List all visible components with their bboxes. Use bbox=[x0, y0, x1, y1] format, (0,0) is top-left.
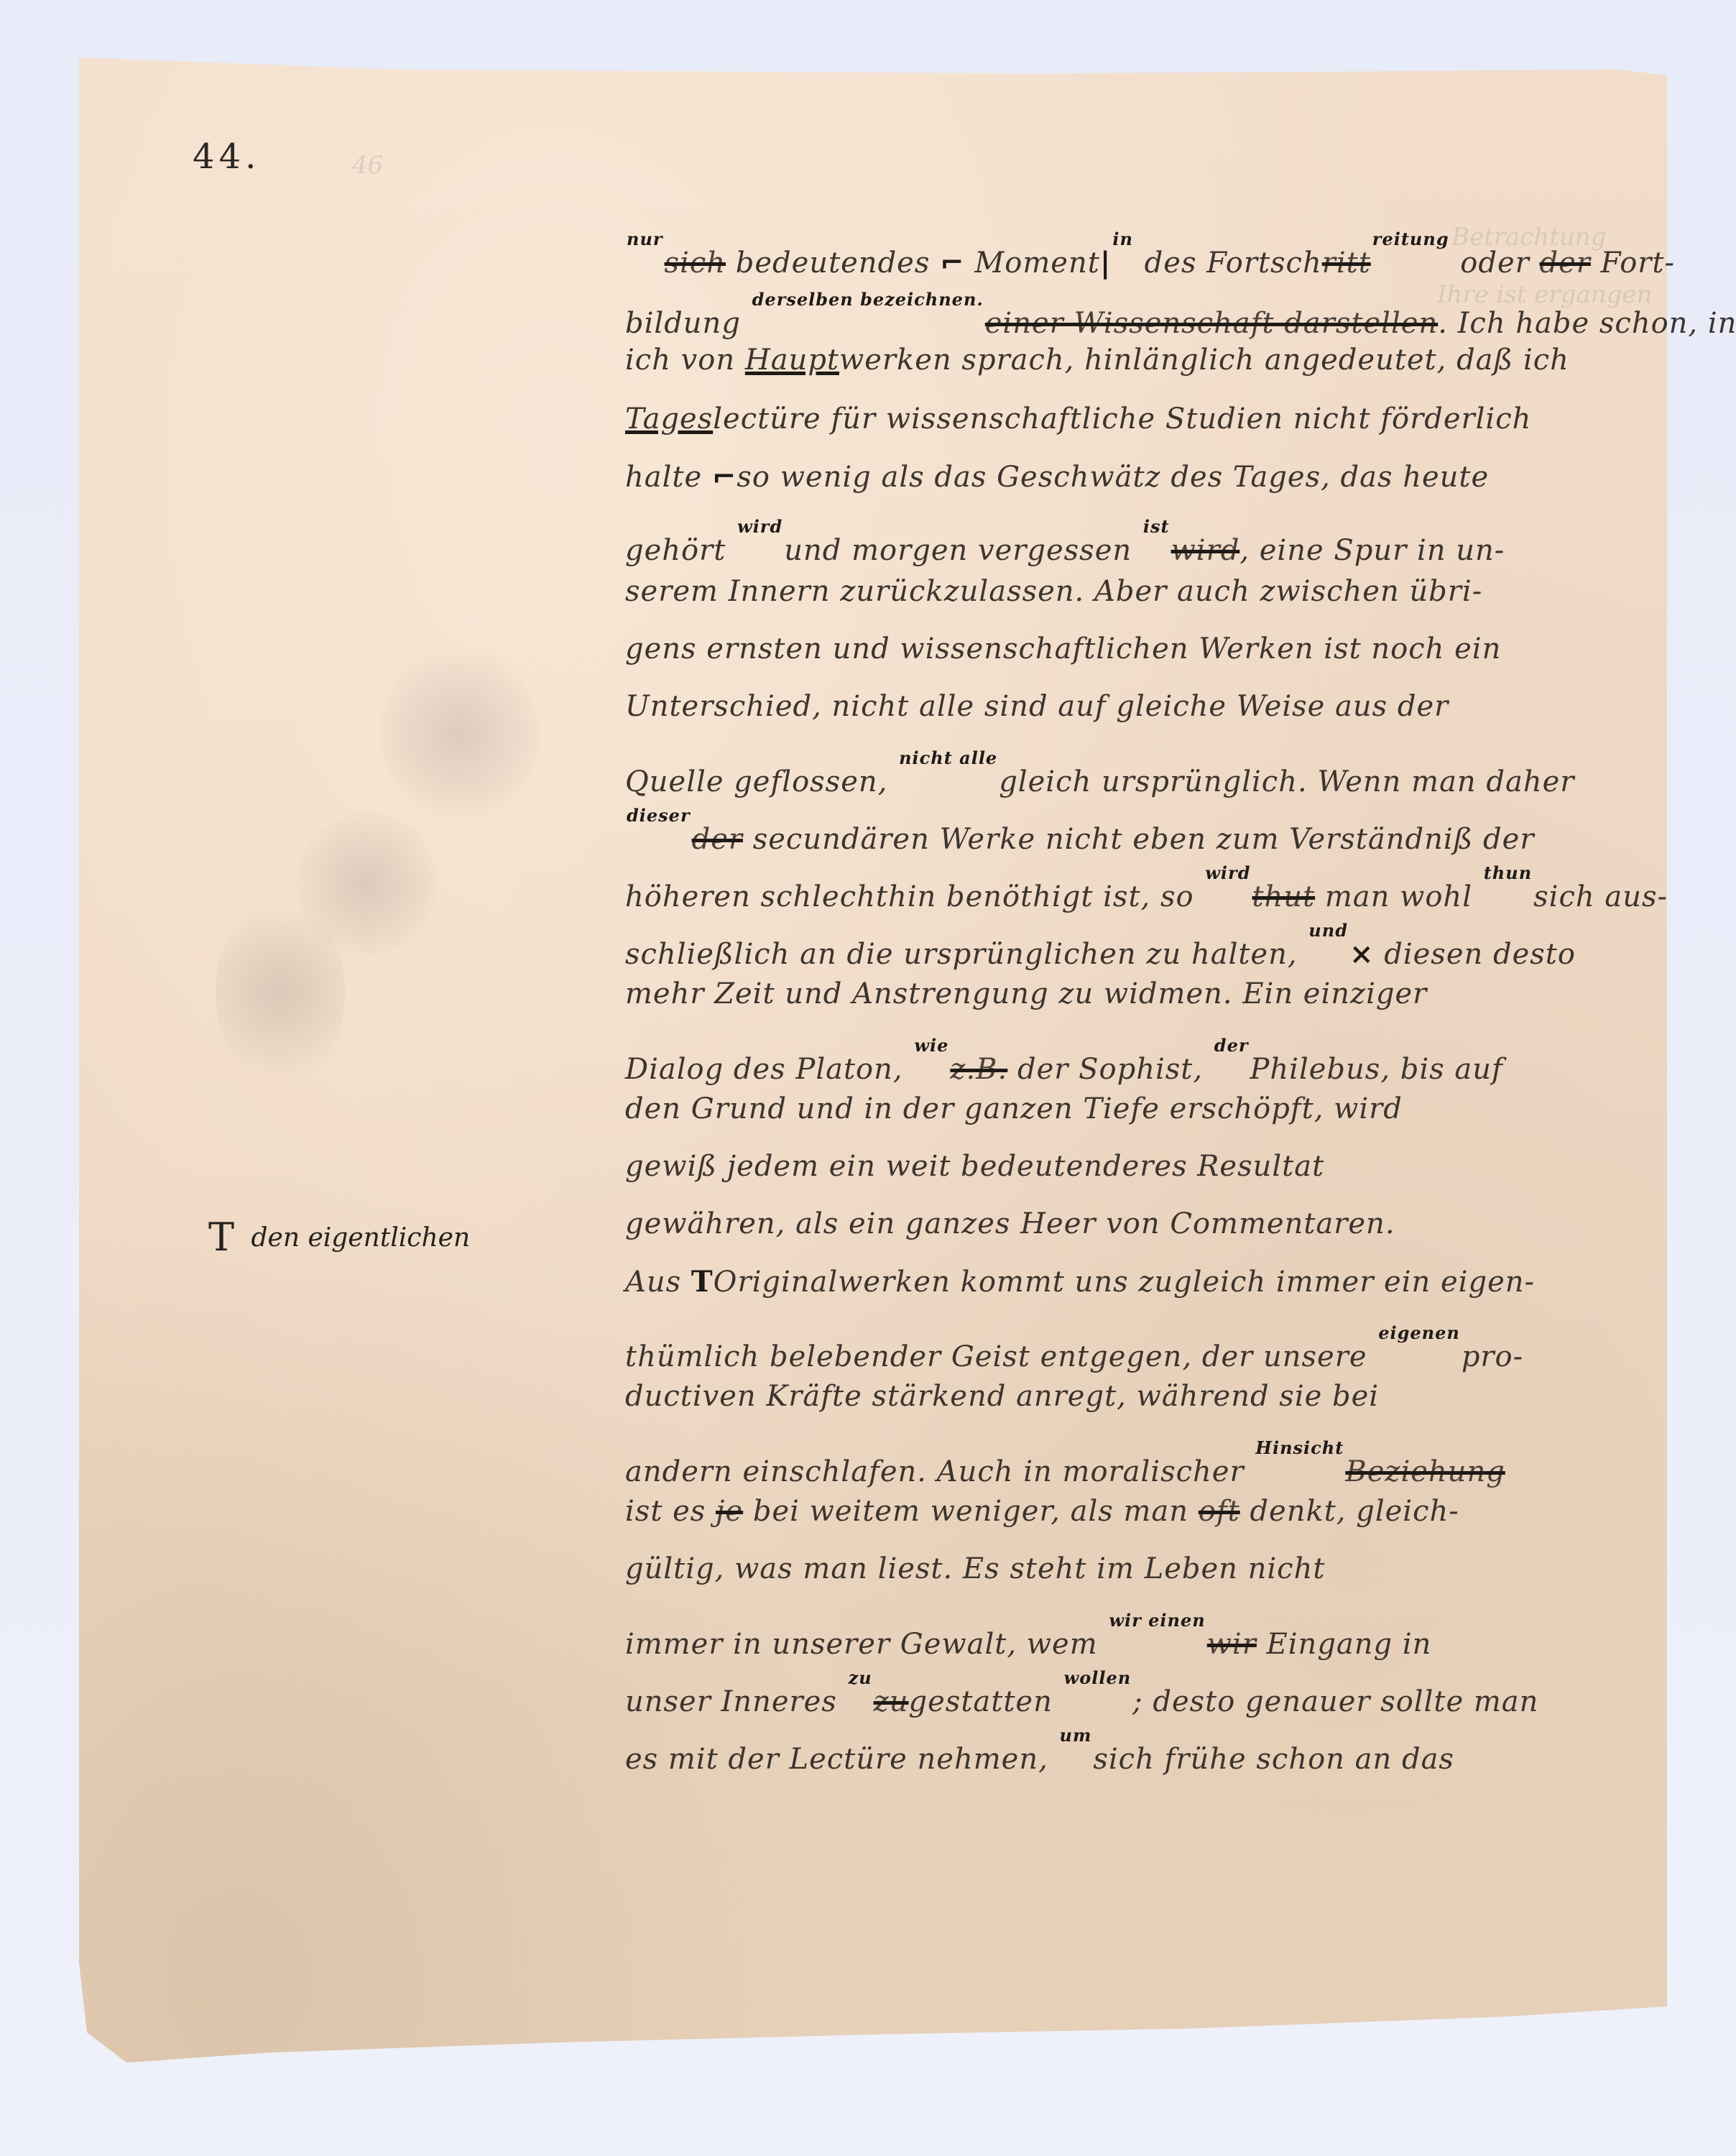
text-run: . Ich habe schon, indem bbox=[1438, 307, 1736, 340]
text-run: , eine Spur in un- bbox=[1239, 534, 1505, 567]
text-run: so wenig als das Geschwätz des Tages, da… bbox=[737, 461, 1489, 494]
manuscript-line: unser Inneres zuzugestatten wollen; dest… bbox=[625, 1667, 1538, 1718]
manuscript-line: ist es je bei weitem weniger, als man of… bbox=[625, 1495, 1459, 1528]
manuscript-line: Tageslectüre für wissenschaftliche Studi… bbox=[625, 402, 1531, 436]
interlinear-insertion: wird bbox=[737, 516, 782, 537]
manuscript-line: Quelle geflossen, nicht allegleich urspr… bbox=[625, 747, 1574, 798]
text-run: secundären Werke nicht eben zum Verständ… bbox=[743, 823, 1534, 856]
text-run: Dialog des Platon, bbox=[625, 1053, 913, 1086]
manuscript-line: nursich bedeutendes ⌐ Moment|in des Fort… bbox=[625, 229, 1675, 280]
text-run: halte bbox=[625, 461, 712, 494]
deleted-text: einer Wissenschaft darstellen bbox=[985, 307, 1438, 340]
fingerprint-smudge bbox=[295, 812, 438, 956]
underlined-text: Tages bbox=[625, 402, 713, 436]
text-run: ist es bbox=[625, 1495, 716, 1528]
interlinear-insertion: nicht alle bbox=[899, 747, 997, 768]
deleted-text: Beziehung bbox=[1345, 1455, 1505, 1488]
insertion-caret: ⌐ bbox=[940, 246, 965, 280]
text-run: Quelle geflossen, bbox=[625, 765, 897, 798]
text-run: gestatten bbox=[909, 1685, 1063, 1718]
deleted-text: wir bbox=[1207, 1628, 1257, 1661]
manuscript-line: gewähren, als ein ganzes Heer von Commen… bbox=[625, 1207, 1395, 1240]
text-run: thümlich belebender Geist entgegen, der … bbox=[625, 1340, 1377, 1373]
text-run: bildung bbox=[625, 307, 751, 340]
text-run: gleich ursprünglich. Wenn man daher bbox=[999, 765, 1574, 798]
interlinear-insertion: dieser bbox=[627, 805, 691, 826]
text-run: ich von bbox=[625, 344, 745, 377]
manuscript-line: ductiven Kräfte stärkend anregt, während… bbox=[625, 1380, 1379, 1413]
interlinear-insertion: in bbox=[1112, 229, 1133, 249]
interlinear-insertion: und bbox=[1308, 920, 1348, 941]
manuscript-line: Dialog des Platon, wiez.B. der Sophist, … bbox=[625, 1035, 1503, 1086]
interlinear-insertion: zu bbox=[849, 1667, 872, 1688]
deleted-text: sich bbox=[665, 247, 726, 280]
interlinear-insertion: eigenen bbox=[1378, 1322, 1460, 1343]
text-run: den Grund und in der ganzen Tiefe erschö… bbox=[625, 1092, 1403, 1125]
deleted-text: oft bbox=[1199, 1495, 1240, 1528]
text-run: ; desto genauer sollte man bbox=[1132, 1685, 1538, 1718]
deleted-text: thut bbox=[1252, 880, 1315, 913]
bleed-through-text: 46 bbox=[352, 151, 383, 180]
manuscript-line: Unterschied, nicht alle sind auf gleiche… bbox=[625, 690, 1449, 723]
manuscript-line: thümlich belebender Geist entgegen, der … bbox=[625, 1322, 1523, 1373]
fingerprint-smudge bbox=[216, 898, 345, 1085]
manuscript-line: ich von Hauptwerken sprach, hinlänglich … bbox=[625, 344, 1569, 377]
text-run: mehr Zeit und Anstrengung zu widmen. Ein… bbox=[625, 977, 1427, 1010]
interlinear-insertion: der bbox=[1214, 1035, 1249, 1056]
text-run: man wohl bbox=[1315, 880, 1482, 913]
interlinear-insertion: um bbox=[1060, 1725, 1092, 1746]
manuscript-line: schließlich an die ursprünglichen zu hal… bbox=[625, 920, 1576, 971]
deleted-text: der bbox=[1540, 247, 1591, 280]
text-run: bedeutendes bbox=[726, 247, 940, 280]
text-run: unser Inneres bbox=[625, 1685, 847, 1718]
insertion-mark: T bbox=[208, 1215, 234, 1260]
manuscript-line: halte ⌐so wenig als das Geschwätz des Ta… bbox=[625, 460, 1489, 494]
text-run: Aus bbox=[625, 1266, 691, 1299]
manuscript-line: andern einschlafen. Auch in moralischer … bbox=[625, 1437, 1505, 1488]
manuscript-line: es mit der Lectüre nehmen, umsich frühe … bbox=[625, 1725, 1454, 1776]
deleted-text: wird bbox=[1171, 534, 1240, 567]
text-run: Moment bbox=[965, 247, 1100, 280]
text-run: Philebus, bis auf bbox=[1250, 1053, 1503, 1086]
interlinear-insertion: wollen bbox=[1064, 1667, 1132, 1688]
text-run: des Fortsch bbox=[1135, 247, 1322, 280]
interlinear-insertion: wird bbox=[1205, 862, 1250, 883]
deleted-text: z.B. bbox=[950, 1053, 1007, 1086]
text-run: pro- bbox=[1462, 1340, 1523, 1373]
interlinear-insertion: derselben bezeichnen. bbox=[752, 289, 984, 310]
text-run: denkt, gleich- bbox=[1240, 1495, 1459, 1528]
text-run: gewähren, als ein ganzes Heer von Commen… bbox=[625, 1207, 1395, 1240]
text-run: gewiß jedem ein weit bedeutenderes Resul… bbox=[625, 1150, 1324, 1183]
margin-note: T den eigentlichen bbox=[208, 1215, 470, 1260]
manuscript-line: dieserder secundären Werke nicht eben zu… bbox=[625, 805, 1534, 856]
insertion-caret: | bbox=[1100, 246, 1112, 280]
text-run: sich frühe schon an das bbox=[1093, 1743, 1454, 1776]
text-run: es mit der Lectüre nehmen, bbox=[625, 1743, 1058, 1776]
text-run: serem Innern zurückzulassen. Aber auch z… bbox=[625, 575, 1482, 608]
interlinear-insertion: reitung bbox=[1372, 229, 1449, 249]
interlinear-insertion: nur bbox=[627, 229, 663, 249]
interlinear-insertion: wie bbox=[914, 1035, 948, 1056]
manuscript-line: immer in unserer Gewalt, wem wir einenwi… bbox=[625, 1610, 1431, 1661]
manuscript-line: bildung derselben bezeichnen.einer Wisse… bbox=[625, 289, 1736, 340]
margin-note-text: den eigentlichen bbox=[251, 1223, 470, 1253]
text-run: gültig, was man liest. Es steht im Leben… bbox=[625, 1552, 1325, 1585]
text-run: Fort- bbox=[1591, 247, 1675, 280]
manuscript-line: gewiß jedem ein weit bedeutenderes Resul… bbox=[625, 1150, 1324, 1183]
manuscript-line: Aus TOriginalwerken kommt uns zugleich i… bbox=[625, 1265, 1535, 1299]
text-run: sich aus- bbox=[1533, 880, 1668, 913]
fingerprint-smudge bbox=[381, 647, 539, 819]
interlinear-insertion: thun bbox=[1484, 862, 1532, 883]
text-run: Originalwerken kommt uns zugleich immer … bbox=[714, 1266, 1535, 1299]
deleted-text: der bbox=[692, 823, 743, 856]
manuscript-line: mehr Zeit und Anstrengung zu widmen. Ein… bbox=[625, 977, 1427, 1010]
text-run: oder bbox=[1451, 247, 1540, 280]
text-run: immer in unserer Gewalt, wem bbox=[625, 1628, 1107, 1661]
text-run: bei weitem weniger, als man bbox=[743, 1495, 1199, 1528]
text-run: Eingang in bbox=[1257, 1628, 1432, 1661]
deleted-text: zu bbox=[874, 1685, 909, 1718]
page-number: 44. bbox=[193, 137, 260, 177]
manuscript-line: höheren schlechthin benöthigt ist, so wi… bbox=[625, 862, 1668, 913]
insertion-caret: ⌐ bbox=[712, 460, 737, 494]
manuscript-line: serem Innern zurückzulassen. Aber auch z… bbox=[625, 575, 1482, 608]
text-run: werken sprach, hinlänglich angedeutet, d… bbox=[839, 344, 1569, 377]
manuscript-line: gültig, was man liest. Es steht im Leben… bbox=[625, 1552, 1325, 1585]
deleted-text: je bbox=[716, 1495, 743, 1528]
insertion-caret: T bbox=[691, 1265, 714, 1299]
underlined-text: Haupt bbox=[745, 344, 839, 377]
manuscript-line: den Grund und in der ganzen Tiefe erschö… bbox=[625, 1092, 1403, 1125]
text-run: und morgen vergessen bbox=[784, 534, 1142, 567]
text-run: Unterschied, nicht alle sind auf gleiche… bbox=[625, 690, 1449, 723]
text-run: gens ernsten und wissenschaftlichen Werk… bbox=[625, 632, 1501, 665]
interlinear-insertion: Hinsicht bbox=[1255, 1437, 1344, 1458]
insertion-caret: × bbox=[1349, 937, 1375, 971]
text-run: diesen desto bbox=[1375, 938, 1576, 971]
text-run: schließlich an die ursprünglichen zu hal… bbox=[625, 938, 1307, 971]
text-run: der Sophist, bbox=[1007, 1053, 1213, 1086]
interlinear-insertion: wir einen bbox=[1109, 1610, 1205, 1631]
manuscript-line: gens ernsten und wissenschaftlichen Werk… bbox=[625, 632, 1501, 665]
deleted-text: ritt bbox=[1322, 247, 1371, 280]
scan-background: 44. 46BetrachtungIhre ist ergangen T den… bbox=[0, 0, 1736, 2156]
text-run: andern einschlafen. Auch in moralischer bbox=[625, 1455, 1254, 1488]
manuscript-line: gehört wirdund morgen vergessen istwird,… bbox=[625, 516, 1505, 567]
interlinear-insertion: ist bbox=[1143, 516, 1170, 537]
text-run: gehört bbox=[625, 534, 736, 567]
text-run: lectüre für wissenschaftliche Studien ni… bbox=[713, 402, 1531, 436]
text-run: ductiven Kräfte stärkend anregt, während… bbox=[625, 1380, 1379, 1413]
text-run: höheren schlechthin benöthigt ist, so bbox=[625, 880, 1204, 913]
